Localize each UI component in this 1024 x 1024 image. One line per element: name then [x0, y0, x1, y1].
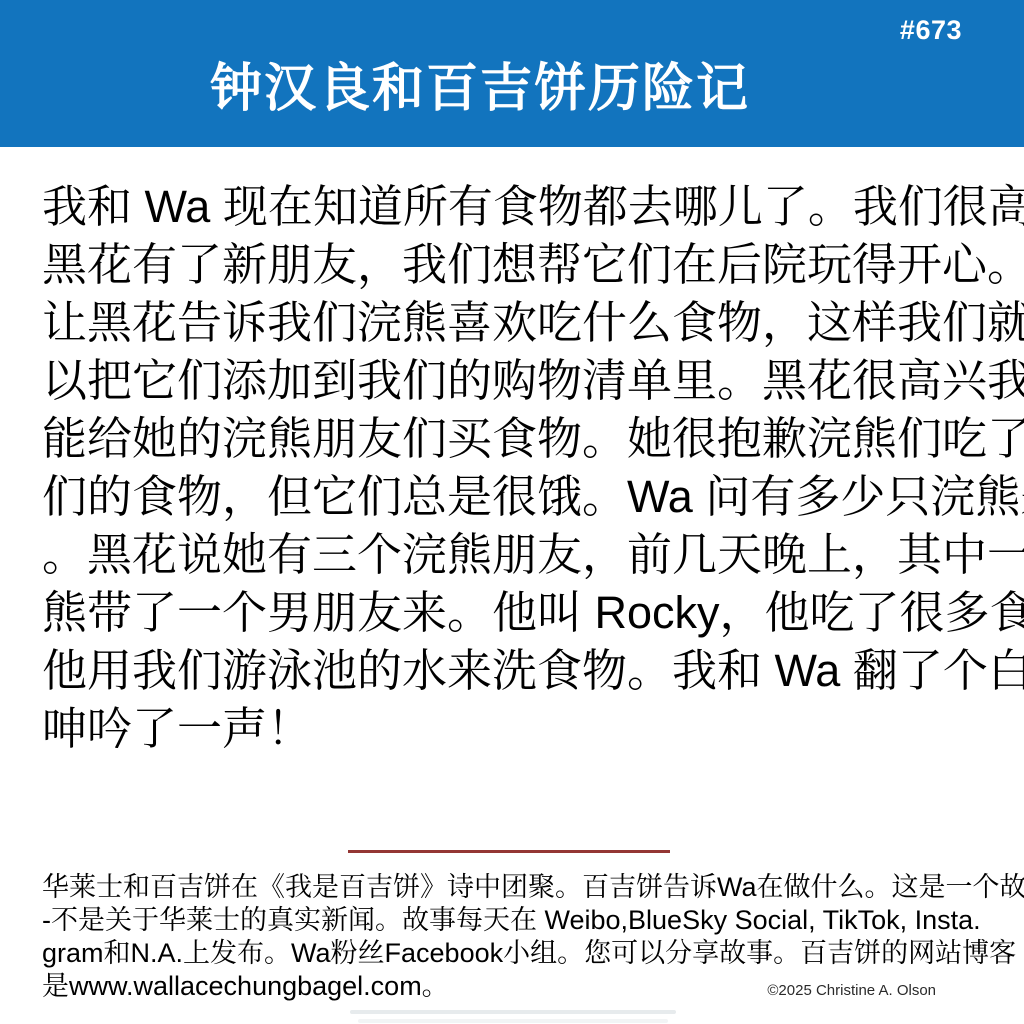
story-line: 们的食物，但它们总是很饿。Wa 问有多少只浣熊来过: [42, 468, 992, 526]
footer-line: 华莱士和百吉饼在《我是百吉饼》诗中团聚。百吉饼告诉Wa在做什么。这是一个故事: [42, 871, 992, 904]
story-line: 能给她的浣熊朋友们买食物。她很抱歉浣熊们吃了我: [42, 410, 992, 468]
story-line: 以把它们添加到我们的购物清单里。黑花很高兴我们: [42, 352, 992, 410]
story-line: 。黑花说她有三个浣熊朋友，前几天晚上，其中一只浣: [42, 526, 992, 584]
story-line: 呻吟了一声！: [42, 700, 992, 758]
page-title: 钟汉良和百吉饼历险记: [0, 46, 960, 121]
title-bar: #673 钟汉良和百吉饼历险记: [0, 0, 1024, 147]
story-line: 我和 Wa 现在知道所有食物都去哪儿了。我们很高兴: [42, 178, 992, 236]
story-line: 熊带了一个男朋友来。他叫 Rocky，他吃了很多食物。: [42, 584, 992, 642]
story-line: 黑花有了新朋友，我们想帮它们在后院玩得开心。Wa: [42, 236, 992, 294]
footer-line: gram和N.A.上发布。Wa粉丝Facebook小组。您可以分享故事。百吉饼的…: [42, 937, 992, 970]
footer-line: -不是关于华莱士的真实新闻。故事每天在 Weibo,BlueSky Social…: [42, 904, 992, 937]
story-line: 让黑花告诉我们浣熊喜欢吃什么食物，这样我们就可: [42, 294, 992, 352]
issue-number: #673: [900, 15, 962, 46]
story-line: 他用我们游泳池的水来洗食物。我和 Wa 翻了个白眼，: [42, 642, 992, 700]
bottom-accent-line-1: [350, 1010, 676, 1014]
copyright: ©2025 Christine A. Olson: [767, 982, 936, 999]
bottom-accent-line-2: [358, 1019, 668, 1023]
red-divider: [348, 850, 670, 853]
story-body: 我和 Wa 现在知道所有食物都去哪儿了。我们很高兴 黑花有了新朋友，我们想帮它们…: [42, 178, 992, 758]
story-page: #673 钟汉良和百吉饼历险记 我和 Wa 现在知道所有食物都去哪儿了。我们很高…: [0, 0, 1024, 1024]
